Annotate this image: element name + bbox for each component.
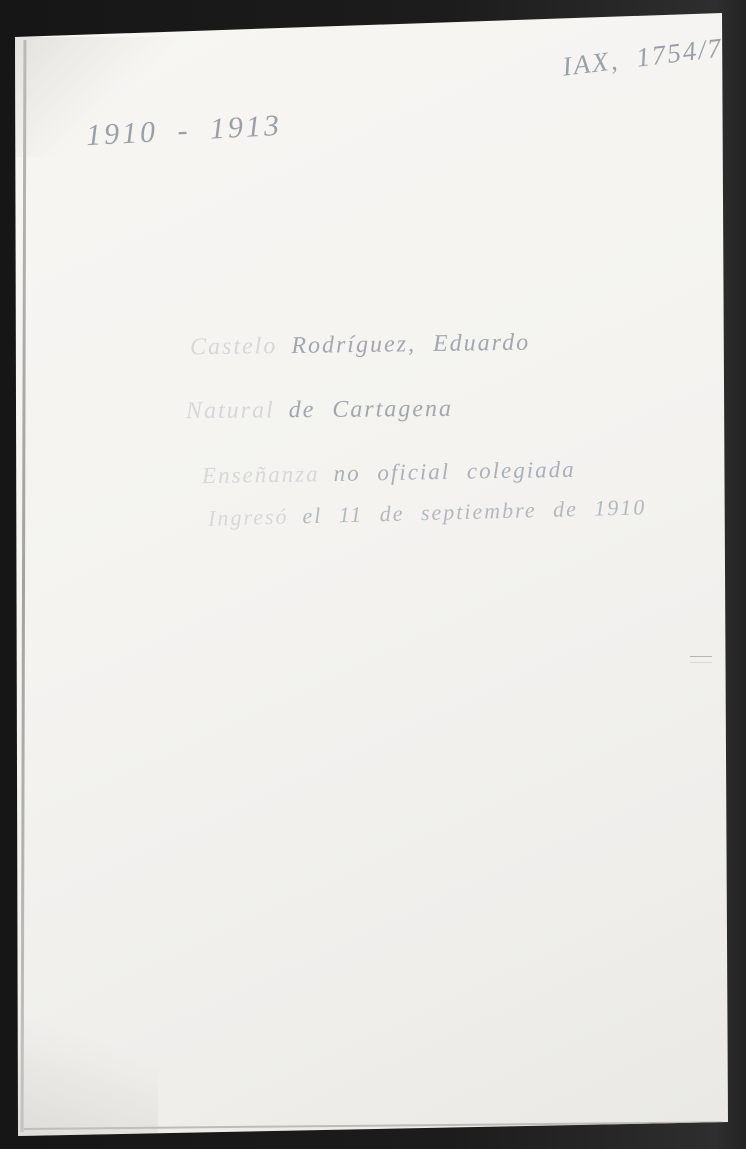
education-rest: no oficial colegiada (333, 457, 575, 486)
page-fold-mark (690, 656, 712, 657)
student-surname-faint: Castelo (190, 333, 278, 360)
enrollment-word-faint: Ingresó (208, 504, 289, 531)
birthplace-word-faint: Natural (186, 397, 275, 424)
student-name-rest: Rodríguez, Eduardo (291, 330, 530, 359)
corner-crease-shadow-bottom (18, 980, 158, 1136)
education-word-faint: Enseñanza (202, 461, 320, 488)
scanned-document: IAX, 1754/7 1910 - 1913 CasteloRodríguez… (0, 0, 746, 1149)
paper-sheet (0, 0, 746, 1149)
handwritten-student-name: CasteloRodríguez, Eduardo (190, 330, 530, 362)
handwritten-birthplace: Naturalde Cartagena (186, 396, 453, 425)
birthplace-rest: de Cartagena (289, 396, 454, 423)
page-left-edge (21, 40, 27, 1132)
